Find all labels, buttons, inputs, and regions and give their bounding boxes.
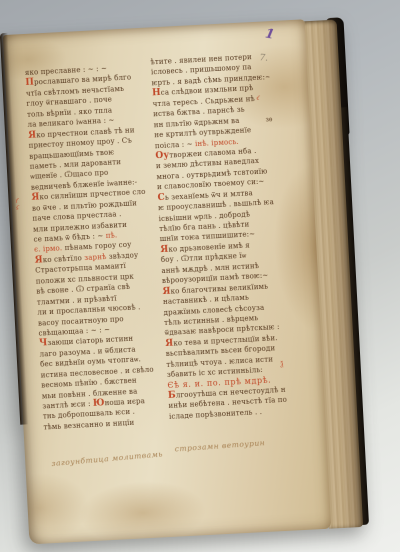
text-segment: зарнѣ — [84, 253, 106, 262]
text-column-right: ѣтите . явилеи нен потериісловесь . приш… — [150, 51, 287, 422]
manuscript-page: 1 7. г҃ ѕ҃ є҃ зѳ ѯ яко преславне : ~ : ~… — [3, 19, 331, 544]
footer-scribble-right: строзамн ветоурин — [174, 438, 265, 453]
text-segment: є. ірмо. — [34, 245, 65, 255]
text-segment: поісла : ~ — [155, 140, 196, 150]
text-segment: Ю — [93, 398, 105, 409]
photo-backdrop: 1 7. г҃ ѕ҃ є҃ зѳ ѯ яко преславне : ~ : ~… — [0, 0, 400, 552]
text-segment: ноша иєра — [104, 397, 145, 407]
text-segment: Оу — [155, 150, 169, 161]
text-segment: інѣ. ірмось. — [195, 137, 239, 147]
text-column-left: яко преславне : ~ : ~Прославшаго ва мирѣ… — [25, 62, 168, 433]
text-segment: звѣздоу — [106, 251, 138, 261]
footer-scribble-left: загоунбтица молитвамь — [51, 449, 163, 468]
text-segment: пѣ. — [106, 231, 118, 240]
folio-number-ink: 1 — [264, 26, 276, 42]
gutter-shadow — [0, 33, 28, 425]
text-segment: ко свѣтїло — [43, 254, 85, 264]
margin-mark: ѕ҃ — [16, 205, 19, 212]
margin-marks-left: г҃ ѕ҃ — [15, 199, 18, 212]
manuscript-book: 1 7. г҃ ѕ҃ є҃ зѳ ѯ яко преславне : ~ : ~… — [3, 18, 363, 545]
